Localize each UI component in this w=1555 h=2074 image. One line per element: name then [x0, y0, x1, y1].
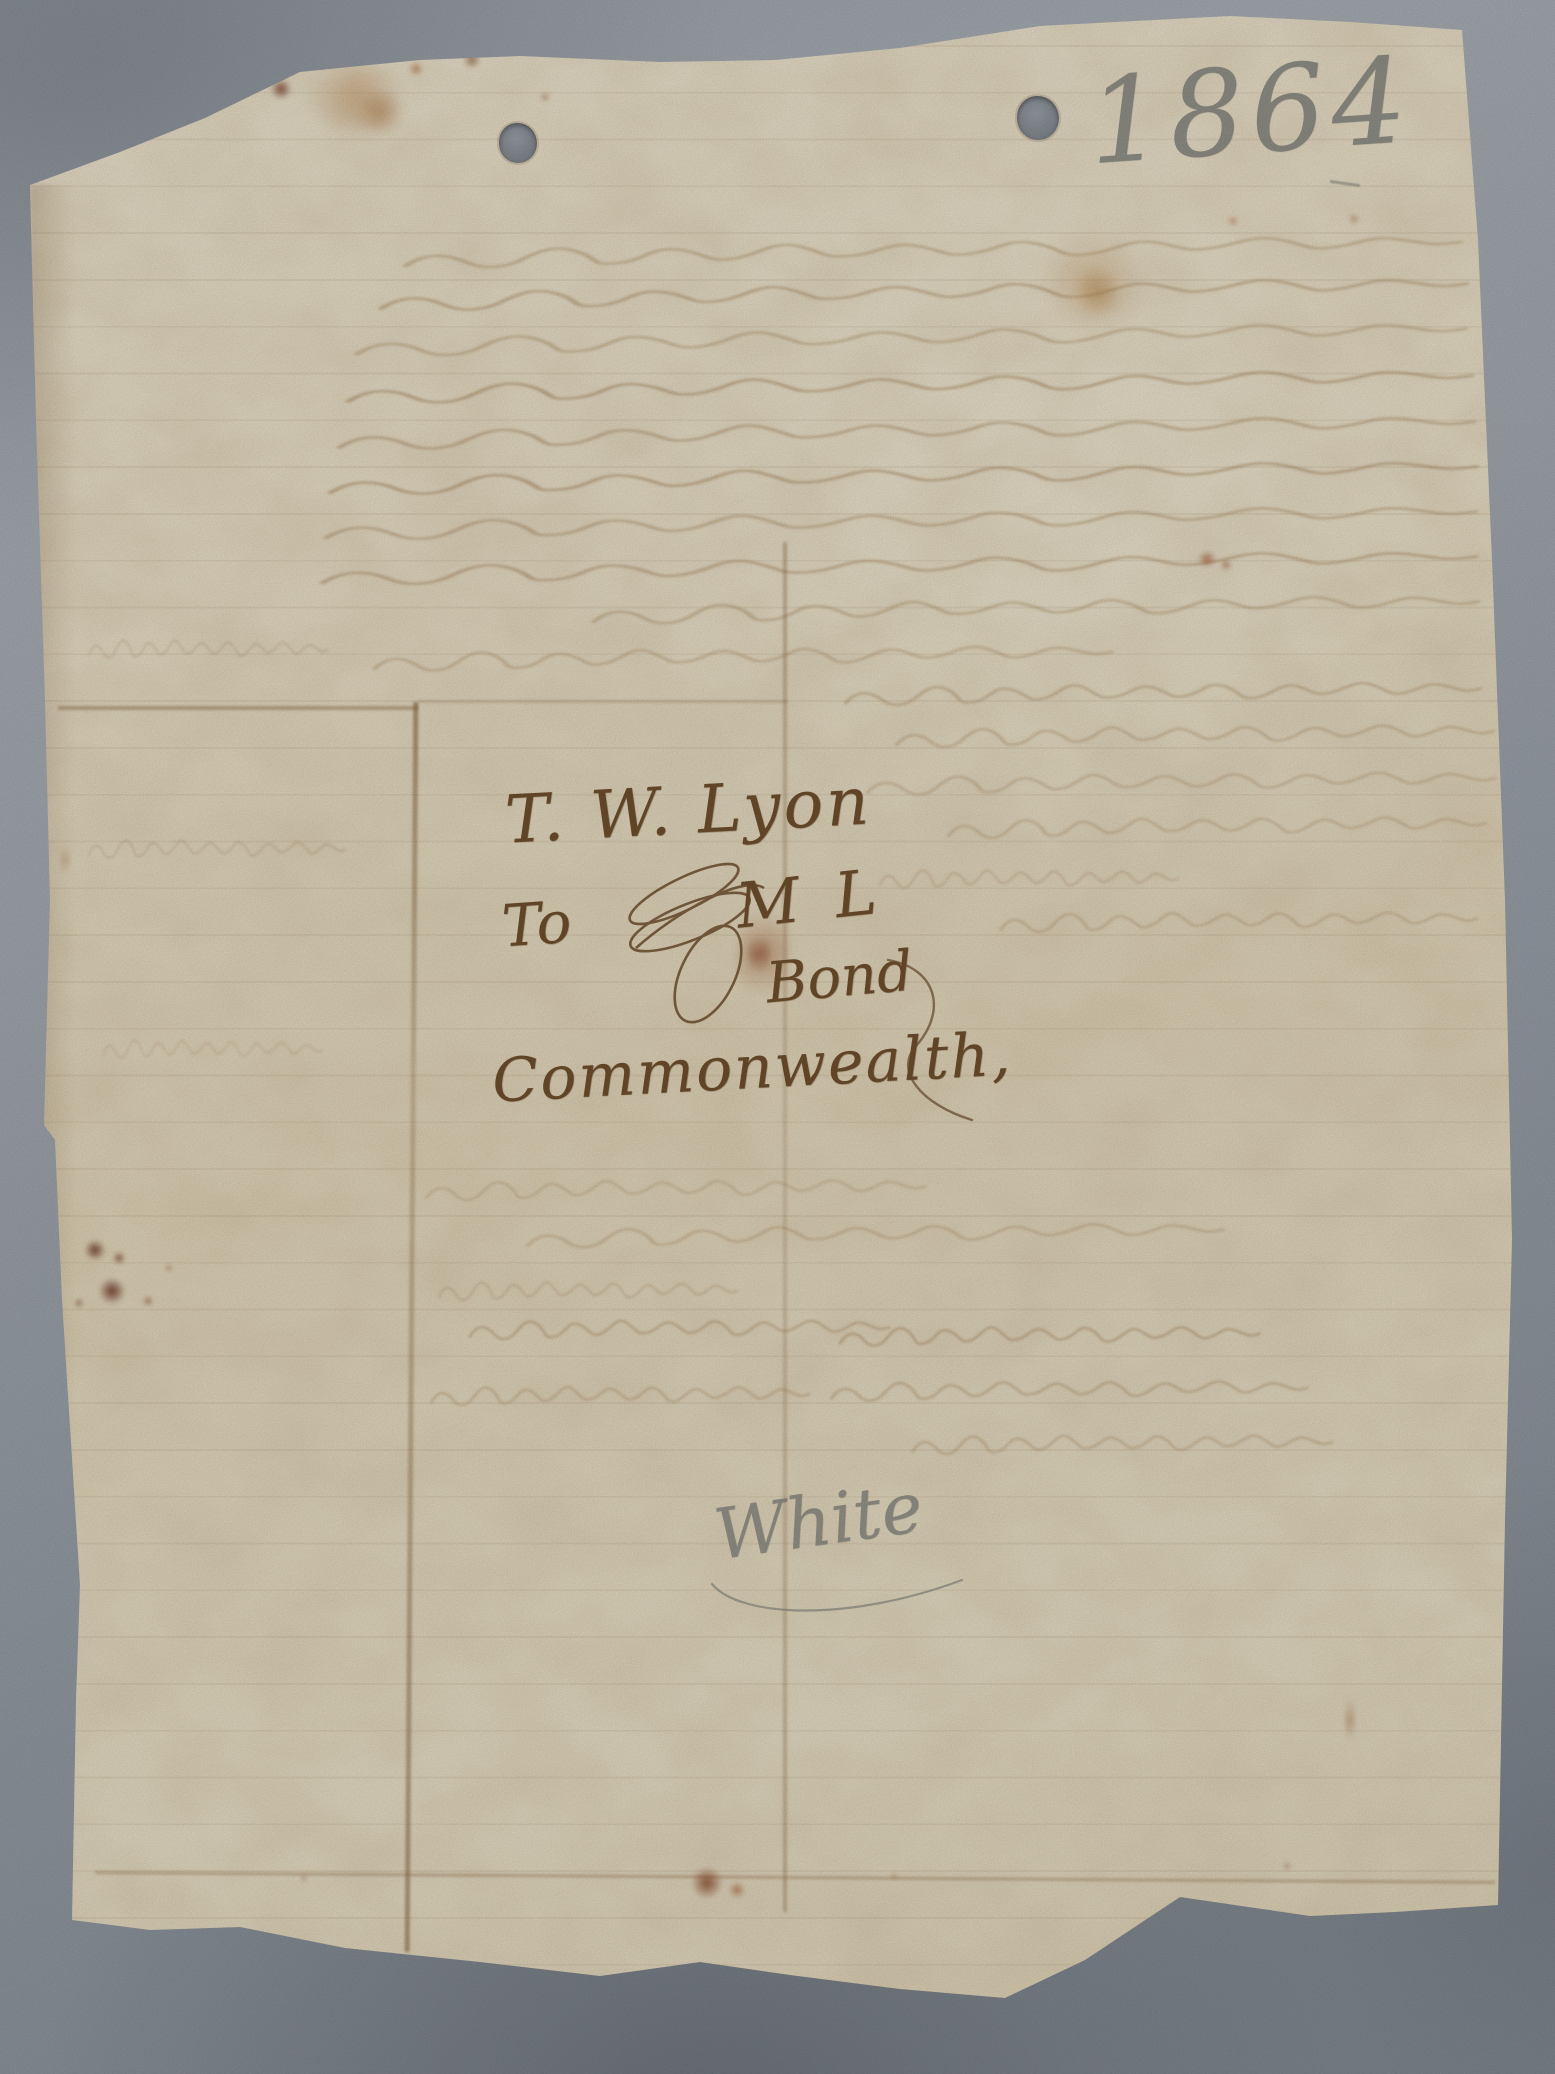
fold-crease-vertical-left: [405, 702, 419, 1952]
stain: [1196, 552, 1218, 566]
stain: [1348, 214, 1360, 224]
signature-underline-flourish: [700, 1570, 980, 1630]
bleed-through-writing: [0, 0, 1555, 2074]
fold-crease-horizontal-mid: [418, 700, 788, 703]
fold-crease-vertical-right: [783, 542, 787, 1912]
docket-party: Commonwealth,: [491, 1024, 1014, 1111]
stain: [540, 92, 550, 102]
fold-crease-horizontal-left: [58, 706, 418, 710]
stain: [692, 1866, 722, 1900]
stain: [300, 62, 410, 132]
stain: [1228, 216, 1238, 226]
stain: [1042, 232, 1142, 337]
stain: [300, 1874, 308, 1882]
stain: [1282, 1862, 1292, 1870]
stain: [732, 896, 793, 1011]
fold-crease-horizontal-bottom: [95, 1871, 1495, 1884]
punch-hole-left: [499, 123, 537, 163]
photograph-of-document: 1864 T. W. Lyon To M L Bond Commonwealth…: [0, 0, 1555, 2074]
stain: [98, 1278, 126, 1304]
stain: [350, 92, 410, 132]
stain: [60, 840, 70, 880]
stain: [1345, 1690, 1355, 1750]
stain: [890, 1872, 898, 1880]
stain: [1220, 560, 1232, 570]
stain: [748, 930, 770, 978]
stain: [728, 1882, 746, 1898]
docket-to-label: To: [500, 893, 573, 956]
stain: [112, 1252, 126, 1264]
stain: [165, 1264, 173, 1272]
clerk-signature: White: [710, 1472, 927, 1570]
stain: [84, 1240, 106, 1260]
paper-mottle-texture: [0, 0, 1555, 2074]
year-underline-mark: [1330, 180, 1360, 187]
stain: [142, 1296, 154, 1306]
docket-monogram: M L: [733, 860, 887, 937]
docket-type: Bond: [764, 944, 915, 1013]
stain: [1078, 262, 1118, 322]
bond-flourish: [858, 948, 1048, 1158]
stain: [408, 62, 424, 76]
docket-name: T. W. Lyon: [504, 768, 874, 853]
year-annotation: 1864: [1084, 41, 1416, 181]
document-page: 1864 T. W. Lyon To M L Bond Commonwealth…: [0, 0, 1555, 2074]
punch-hole-right: [1017, 96, 1059, 140]
monogram-flourish: [612, 852, 812, 1032]
stain: [74, 1298, 84, 1308]
